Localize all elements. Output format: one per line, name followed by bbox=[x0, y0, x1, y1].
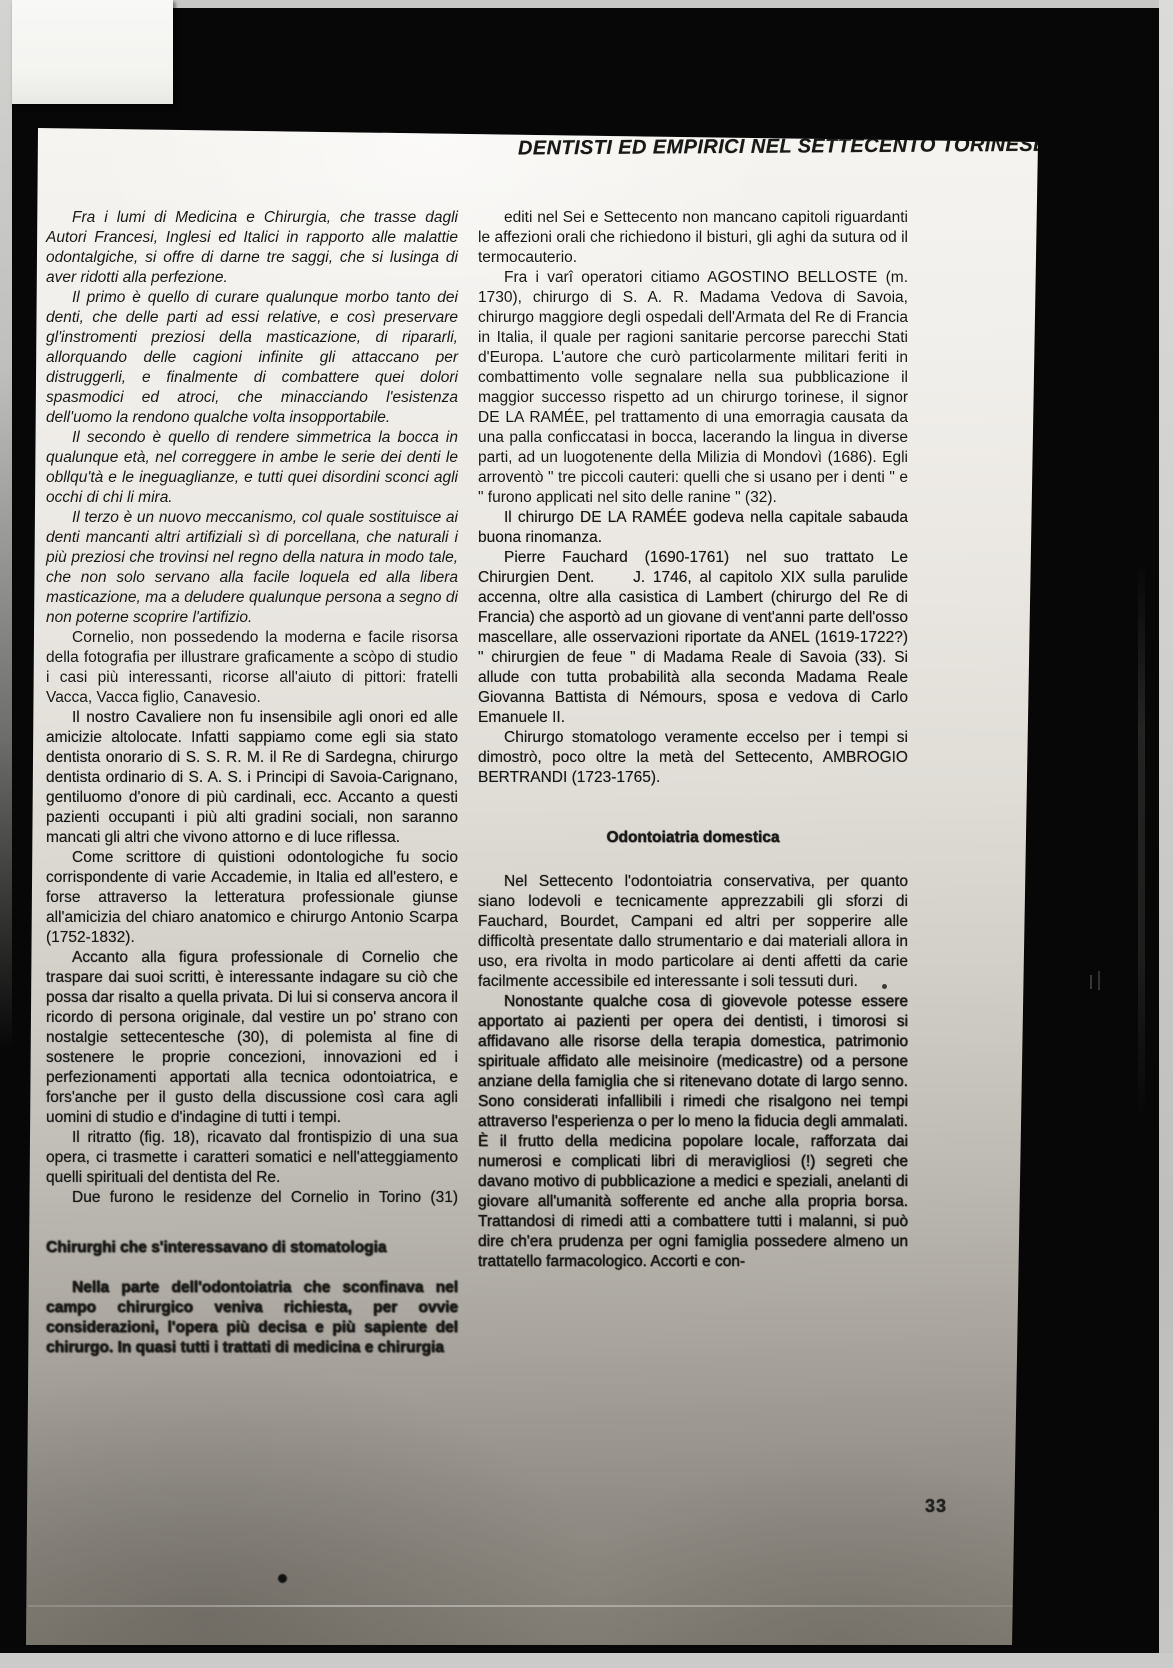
scanned-book-page: { "page": { "header_title": "DENTISTI ED… bbox=[0, 0, 1173, 1668]
scan-streak-artifact bbox=[1138, 560, 1145, 1120]
paragraph: Pierre Fauchard (1690-1761) nel suo trat… bbox=[478, 548, 908, 728]
paragraph: Il primo è quello di curare qualunque mo… bbox=[46, 288, 458, 428]
paragraph: Il secondo è quello di rendere simmetric… bbox=[46, 428, 458, 508]
paragraph: Nonostante qualche cosa di giovevole pot… bbox=[478, 992, 908, 1272]
paragraph: Fra i lumi di Medicina e Chirurgia, che … bbox=[46, 208, 458, 288]
book-page: DENTISTI ED EMPIRICI NEL SETTECENTO TORI… bbox=[20, 118, 1046, 1648]
paragraph: Il terzo è un nuovo meccanismo, col qual… bbox=[46, 508, 458, 628]
paragraph: Due furono le residenze del Cornelio in … bbox=[46, 1188, 458, 1208]
paragraph: Accanto alla figura professionale di Cor… bbox=[46, 948, 458, 1128]
scanner-edge-right bbox=[1159, 0, 1173, 1668]
paragraph: Fra i varî operatori citiamo AGOSTINO BE… bbox=[478, 268, 908, 508]
paper-slip-top-left bbox=[12, 0, 173, 104]
paragraph: Il chirurgo DE LA RAMÉE godeva nella cap… bbox=[478, 508, 908, 548]
scanner-edge-bottom bbox=[0, 1653, 1173, 1668]
paragraph: Il ritratto (fig. 18), ricavato dal fron… bbox=[46, 1128, 458, 1188]
paragraph: Nel Settecento l'odontoiatria conservati… bbox=[478, 872, 908, 992]
paragraph: Il nostro Cavaliere non fu insensibile a… bbox=[46, 708, 458, 848]
paragraph: editi nel Sei e Settecento non mancano c… bbox=[478, 208, 908, 268]
scan-scratch-artifact bbox=[1090, 975, 1092, 989]
paragraph: Chirurgo stomatologo veramente eccelso p… bbox=[478, 728, 908, 788]
ink-speck bbox=[882, 984, 887, 989]
section-heading: Odontoiatria domestica bbox=[478, 828, 908, 848]
page-number: 33 bbox=[925, 1496, 947, 1517]
text-column-right: editi nel Sei e Settecento non mancano c… bbox=[478, 208, 908, 1272]
paragraph: Nella parte dell'odontoiatria che sconfi… bbox=[46, 1278, 458, 1358]
scanner-edge-left bbox=[0, 0, 12, 1050]
text-column-left: Fra i lumi di Medicina e Chirurgia, che … bbox=[46, 208, 458, 1358]
section-heading: Chirurghi che s'interessavano di stomato… bbox=[46, 1238, 458, 1258]
page-header-title: DENTISTI ED EMPIRICI NEL SETTECENTO TORI… bbox=[518, 135, 938, 161]
scanner-edge-top bbox=[0, 0, 1173, 8]
page-fold-line bbox=[28, 1605, 1020, 1607]
paragraph: Come scrittore di quistioni odontologich… bbox=[46, 848, 458, 948]
scan-scratch-artifact bbox=[1098, 971, 1100, 990]
ink-blot bbox=[278, 1574, 287, 1583]
paragraph: Cornelio, non possedendo la moderna e fa… bbox=[46, 628, 458, 708]
